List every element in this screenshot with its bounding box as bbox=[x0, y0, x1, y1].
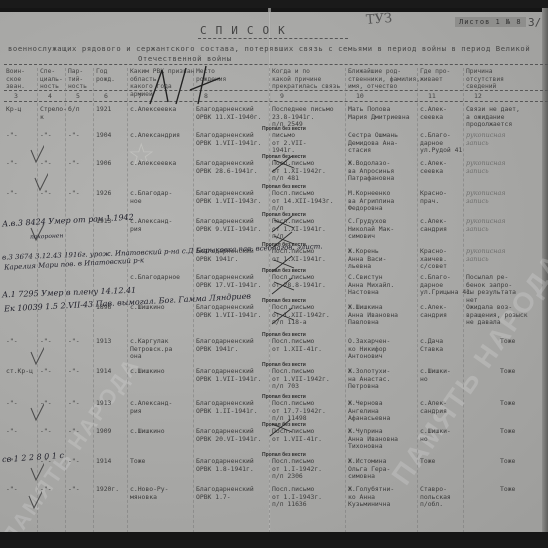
cell-rank: -"- bbox=[6, 160, 18, 168]
cell-address: Красно- хаичев. с/совет bbox=[420, 248, 447, 271]
column-header: Год рожд. bbox=[96, 68, 115, 83]
column-number: 4 bbox=[48, 92, 52, 100]
document-title: СПИСОК bbox=[200, 24, 294, 37]
document-subtitle: военнослужащих рядового и сержантского с… bbox=[8, 44, 530, 53]
missing-stamp: Пропал без вести bbox=[262, 184, 306, 190]
column-separator bbox=[345, 68, 346, 538]
handwritten-number-mark bbox=[140, 64, 230, 108]
column-number: 11 bbox=[428, 92, 436, 100]
cell-year: 1906 bbox=[96, 160, 111, 168]
cell-relative: Ж.Корень Анна Васи- льевна bbox=[348, 248, 386, 271]
cell-address: Красно- прач. bbox=[420, 190, 447, 205]
check-mark-icon bbox=[30, 342, 44, 368]
cell-relative: Мать Попова Мария Дмитриевна bbox=[348, 106, 410, 121]
missing-stamp: Пропал без вести bbox=[262, 126, 306, 132]
cell-party: -"- bbox=[68, 160, 80, 168]
cell-reason: Тоже bbox=[500, 368, 515, 376]
missing-stamp: Пропал без вести bbox=[262, 362, 306, 368]
cell-rank: -"- bbox=[6, 338, 18, 346]
column-header: Причина отсутствия сведений bbox=[466, 68, 504, 91]
scan-bottom-border bbox=[0, 532, 548, 540]
cell-rvk: Благодарненский ОРВК 1.VII-1941г. bbox=[196, 132, 261, 147]
cell-relative: М.Корнеенко ва Агриппина Федоровна bbox=[348, 190, 394, 213]
handwritten-note: А.в.3 8424 Умер от ран 1.1942 bbox=[2, 213, 134, 229]
cell-address: с.Алек- сандрия bbox=[420, 400, 447, 415]
cell-year: 1914 bbox=[96, 458, 111, 466]
cell-party: -"- bbox=[68, 190, 80, 198]
column-header: Ближайшие род- ственники, фамилия, имя, … bbox=[348, 68, 420, 91]
cell-spec: -"- bbox=[40, 132, 52, 140]
column-number: 12 bbox=[474, 92, 482, 100]
cell-spec: -"- bbox=[40, 368, 52, 376]
check-mark-icon bbox=[30, 140, 44, 166]
cell-rank: Кр-ц bbox=[6, 106, 21, 114]
cell-lost: Посл.письмо от 1.XII-41г. bbox=[272, 338, 322, 353]
cell-birthplace: с.Александ- рия bbox=[130, 218, 172, 233]
cell-birthplace: с.Шишкино bbox=[130, 368, 165, 376]
missing-stamp: Пропал без вести bbox=[262, 298, 306, 304]
cell-year: 1913 bbox=[96, 400, 111, 408]
page-number: 3/ bbox=[528, 16, 541, 29]
cell-rvk: Благодарненский ОРВК 1.VII-1941г. bbox=[196, 304, 261, 319]
watermark: ПАМЯТЬ НАРОДА bbox=[0, 353, 145, 540]
document-page: ☆ ПАМЯТЬ НАРОДА ПАМЯТЬ НАРОДА СПИСОК ТУЗ… bbox=[0, 8, 548, 540]
cell-address: с.Благо- дарное ул.Рудой 41 bbox=[420, 132, 462, 155]
column-header: Пар- тий- ность bbox=[68, 68, 87, 91]
cell-reason: Тоже bbox=[500, 458, 515, 466]
cell-reason: Связи не дает, а ожидание продолжается bbox=[466, 106, 520, 129]
cell-reason: рукописная запись bbox=[466, 132, 506, 147]
handwritten-note: похоронен bbox=[30, 232, 64, 240]
cell-relative: С.Грудухов Николай Мак- симович bbox=[348, 218, 394, 241]
cell-relative: Ж.Голубятни- ко Анна Кузьминична bbox=[348, 486, 394, 509]
cell-reason: Тоже bbox=[500, 486, 515, 494]
cell-rvk: Благодарненский ОРВК 1941г. bbox=[196, 338, 254, 353]
cell-birthplace: с.Александрия bbox=[130, 132, 180, 140]
cell-reason: Тоже bbox=[500, 400, 515, 408]
cell-rank: -"- bbox=[6, 400, 18, 408]
cell-rvk: Благодарненский ОРВК 1.VII-1943г. bbox=[196, 190, 261, 205]
cell-year: 1926 bbox=[96, 190, 111, 198]
column-number: 6 bbox=[104, 92, 108, 100]
cell-relative: Сестра Ошмань Демидова Ана- стасия bbox=[348, 132, 398, 155]
cell-address: с.Алек- сандрия bbox=[420, 218, 447, 233]
cell-rank: -"- bbox=[6, 428, 18, 436]
cell-party: -"- bbox=[68, 428, 80, 436]
cell-spec: Стрело- к bbox=[40, 106, 67, 121]
cell-lost: Посл.письмо от 14.XII-1943г. п/п bbox=[272, 190, 334, 213]
cell-rank: ст.Кр-ц bbox=[6, 368, 33, 376]
cross-mark-icon bbox=[270, 154, 296, 174]
cell-rvk: Благодарненский ОРВК 20.VI-1941г. bbox=[196, 428, 261, 443]
cell-year: 1921 bbox=[96, 106, 111, 114]
cell-birthplace: с.Алексеевка bbox=[130, 160, 176, 168]
handwritten-reference: ТУЗ bbox=[366, 11, 393, 28]
cell-rank: -"- bbox=[6, 132, 18, 140]
cell-rank: -"- bbox=[6, 486, 18, 494]
cell-rvk: Благодарненский ОРВК 1.7- bbox=[196, 486, 254, 501]
column-separator bbox=[463, 68, 464, 538]
cell-relative: Ж.Водолазо- ва Апросинья Патрафановна bbox=[348, 160, 394, 183]
check-mark-icon bbox=[28, 486, 42, 512]
cell-rvk: Благодарненский ОРВК 28.6-1941г. bbox=[196, 160, 258, 175]
cell-rvk: Благодарненский ОРВК 17.VI-1941г. bbox=[196, 274, 261, 289]
cell-rvk: Благодарненский ОРВК 1.VII-1941г. bbox=[196, 368, 261, 383]
column-header: Где про- живает bbox=[420, 68, 450, 83]
cell-address: Тоже bbox=[420, 458, 435, 466]
missing-stamp: Пропал без вести bbox=[262, 394, 306, 400]
cell-party: -"- bbox=[68, 400, 80, 408]
column-header: Спе- циаль- ность bbox=[40, 68, 63, 91]
cell-address: с.Дача Ставка bbox=[420, 338, 443, 353]
column-header: Воин- ское зван. bbox=[6, 68, 25, 91]
missing-stamp: Пропал без вести bbox=[262, 452, 306, 458]
cell-rvk: Благодарненский ОРВК 9.VII-1941г. bbox=[196, 218, 261, 233]
cell-reason: Тоже bbox=[500, 338, 515, 346]
cell-address: с.Алек- сеевка bbox=[420, 160, 447, 175]
cell-lost: Посл.письмо от 1.I-1942г. п/п 2306 bbox=[272, 458, 322, 481]
check-mark-icon bbox=[34, 168, 48, 194]
cell-reason: Ожидала воз- вращения, розыск не давала bbox=[466, 304, 528, 327]
cell-year: 1904 bbox=[96, 132, 111, 140]
cell-relative: Ж.Золотухи- на Анастас. Петровна bbox=[348, 368, 390, 391]
cell-rvk: Благодарненский ОРВК 1.8-1941г. bbox=[196, 458, 254, 473]
cross-mark-icon bbox=[270, 254, 296, 274]
cell-year: 1914 bbox=[96, 368, 111, 376]
cell-address: с.Шишки- но bbox=[420, 368, 451, 383]
cell-birthplace: с.Ново-Ру- мяновка bbox=[130, 486, 168, 501]
cell-reason: рукописная запись bbox=[466, 248, 506, 263]
cell-year: 1913 bbox=[96, 338, 111, 346]
cell-reason: рукописная запись bbox=[466, 160, 506, 175]
cell-relative: Ж.Чуприна Анна Ивановна Тихоновна bbox=[348, 428, 398, 451]
cell-birthplace: с.Каргулак Петровск.ра она bbox=[130, 338, 172, 361]
cell-relative: С.Свистун Анна Михайл. Настовна bbox=[348, 274, 394, 297]
cell-lost: письмо от 2.VII- 1941г. bbox=[272, 132, 307, 155]
cell-reason: Тоже bbox=[500, 428, 515, 436]
cell-year: 1909 bbox=[96, 428, 111, 436]
check-mark-icon bbox=[30, 398, 44, 424]
cell-spec: -"- bbox=[40, 428, 52, 436]
cell-relative: Ж.Шишкина Анна Ивановна Павловна bbox=[348, 304, 398, 327]
scan-top-border bbox=[0, 8, 548, 12]
column-separator bbox=[417, 68, 418, 538]
cell-party: б/п bbox=[68, 106, 80, 114]
title-underline bbox=[198, 38, 348, 39]
cell-rvk: Благодарненский ОРВК 1.II-1941г. bbox=[196, 400, 258, 415]
cell-rank: -"- bbox=[6, 190, 18, 198]
cell-party: -"- bbox=[68, 368, 80, 376]
cell-address: Ставро- польская п/обл. bbox=[420, 486, 451, 509]
cell-party: -"- bbox=[68, 458, 80, 466]
cell-lost: Посл.письмо от 1.I-1943г. п/п 11636 bbox=[272, 486, 322, 509]
handwritten-note: А.1 7295 Умер в плену 14.12.41 bbox=[2, 286, 136, 300]
header-divider bbox=[4, 101, 548, 102]
cell-birthplace: с.Шишкино bbox=[130, 428, 165, 436]
cell-party: -"- bbox=[68, 338, 80, 346]
cell-party: -"- bbox=[68, 132, 80, 140]
cell-party: -"- bbox=[68, 486, 80, 494]
cell-birthplace: Тоже bbox=[130, 458, 145, 466]
cell-reason: рукописная запись bbox=[466, 190, 506, 205]
cell-relative: Ж.Истомина Ольга Гера- симовна bbox=[348, 458, 390, 481]
cell-birthplace: с.Благодар- ное bbox=[130, 190, 172, 205]
cross-mark-icon bbox=[270, 276, 296, 296]
column-number: 3 bbox=[14, 92, 18, 100]
cell-birthplace: с.Благодарное bbox=[130, 274, 180, 282]
cell-year: 1920г. bbox=[96, 486, 119, 494]
document-subtitle-2: Отечественной войны bbox=[138, 54, 232, 63]
cell-reason: Посылал ре- бенок запро- сы результата н… bbox=[466, 274, 516, 304]
cell-birthplace: с.Александ- рия bbox=[130, 400, 172, 415]
column-number: 10 bbox=[356, 92, 364, 100]
cell-address: с.Шишки- но bbox=[420, 428, 451, 443]
cell-address: с.Алек- сандрия bbox=[420, 304, 447, 319]
cell-lost: Посл.письмо от 1.VII-1942г. п/п 703 bbox=[272, 368, 330, 391]
cross-mark-icon bbox=[270, 306, 296, 326]
header-divider bbox=[4, 64, 548, 65]
archive-stamp: Листов 1 № 8 bbox=[455, 17, 526, 27]
cell-relative: Ж.Чернова Ангелина Афанасьевна bbox=[348, 400, 390, 423]
cell-rvk: Благодарненский ОРВК 11.XI-1940г. bbox=[196, 106, 261, 121]
column-number: 5 bbox=[76, 92, 80, 100]
cell-address: с.Благо- дарное ул.Грицына 41 bbox=[420, 274, 470, 297]
cell-relative: О.Захарчен- ко Никифор Антонович bbox=[348, 338, 390, 361]
cell-address: с.Алек- сеевка bbox=[420, 106, 447, 121]
column-header: Когда и по какой причине прекратилась св… bbox=[272, 68, 340, 91]
column-number: 9 bbox=[280, 92, 284, 100]
missing-stamp: Пропал без вести bbox=[262, 332, 306, 338]
cell-reason: рукописная запись bbox=[466, 218, 506, 233]
cross-mark-icon bbox=[268, 418, 294, 438]
